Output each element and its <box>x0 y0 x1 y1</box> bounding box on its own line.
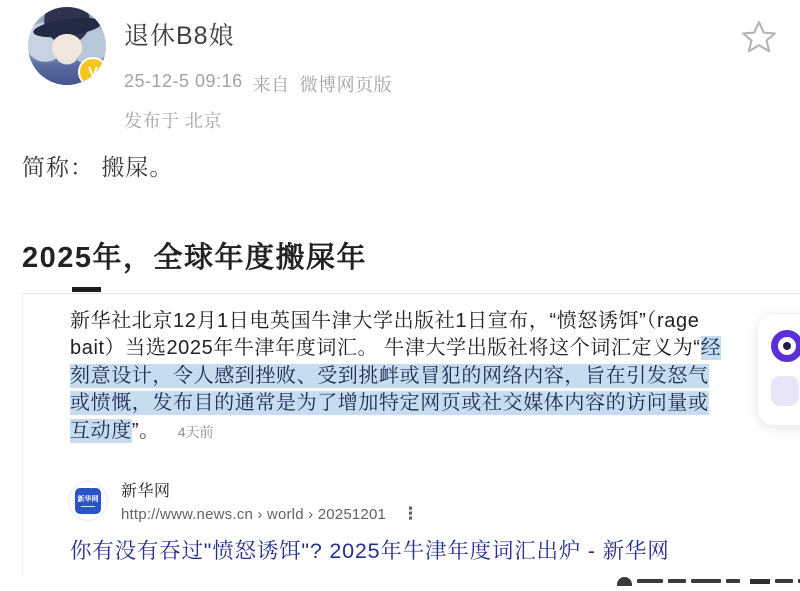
heading-underline <box>72 287 101 292</box>
quote-line: bait）当选2025年牛津年度词汇。 牛津大学出版社将这个词汇定义为“经 <box>70 335 746 362</box>
quote-line: 新华社北京12月1日电英国牛津大学出版社1日宣布，“愤怒诱饵”（rage <box>70 308 746 335</box>
source-site-name[interactable]: 新华网 <box>121 478 419 501</box>
quote-line: 互动度”。4天前 <box>70 418 746 446</box>
result-age: 4天前 <box>178 424 214 440</box>
floating-side-toolbar <box>757 313 800 426</box>
clipped-bottom-item[interactable] <box>750 577 800 584</box>
divider <box>22 293 800 294</box>
source-url: http://www.news.cn › world › 20251201 <box>121 506 386 523</box>
username[interactable]: 退休B8娘 <box>124 16 235 52</box>
quote-line: 刻意设计，令人感到挫败、受到挑衅或冒犯的网络内容，旨在引发怒气 <box>70 363 746 390</box>
favorite-star-icon[interactable] <box>740 18 778 56</box>
timestamp: 25-12-5 09:16 <box>124 71 243 97</box>
quote-left-edge <box>22 294 23 576</box>
search-result-source: 新华网 新华网 http://www.news.cn › world › 202… <box>68 478 419 524</box>
clipped-icon <box>617 577 632 586</box>
source-prefix: 来自 <box>253 71 290 97</box>
quote-line: 或愤慨，发布目的通常是为了增加特定网页或社交媒体内容的访问量或 <box>70 390 746 417</box>
xinhua-logo-icon[interactable]: 新华网 <box>68 481 108 521</box>
post-heading: 2025年，全球年度搬屎年 <box>22 235 367 276</box>
post-location: 发布于 北京 <box>124 107 222 133</box>
post-meta-line: 25-12-5 09:16 来自 微博网页版 <box>124 71 392 97</box>
search-result-title-link[interactable]: 你有没有吞过"愤怒诱饵"? 2025年牛津年度词汇出炉 - 新华网 <box>70 534 670 565</box>
post-text: 简称： 搬屎。 <box>22 149 173 182</box>
result-menu-icon[interactable]: ⋮ <box>402 504 419 524</box>
clipped-icon <box>750 579 770 584</box>
toolbar-secondary-icon[interactable] <box>771 376 799 406</box>
quoted-snippet: 新华社北京12月1日电英国牛津大学出版社1日宣布，“愤怒诱饵”（rage bai… <box>70 308 746 446</box>
verified-badge-icon: V <box>78 57 106 85</box>
clipped-bottom-item[interactable] <box>617 577 740 586</box>
record-ring-icon[interactable] <box>771 330 800 362</box>
source-app-link[interactable]: 微博网页版 <box>300 71 393 97</box>
avatar[interactable]: V <box>28 7 106 85</box>
